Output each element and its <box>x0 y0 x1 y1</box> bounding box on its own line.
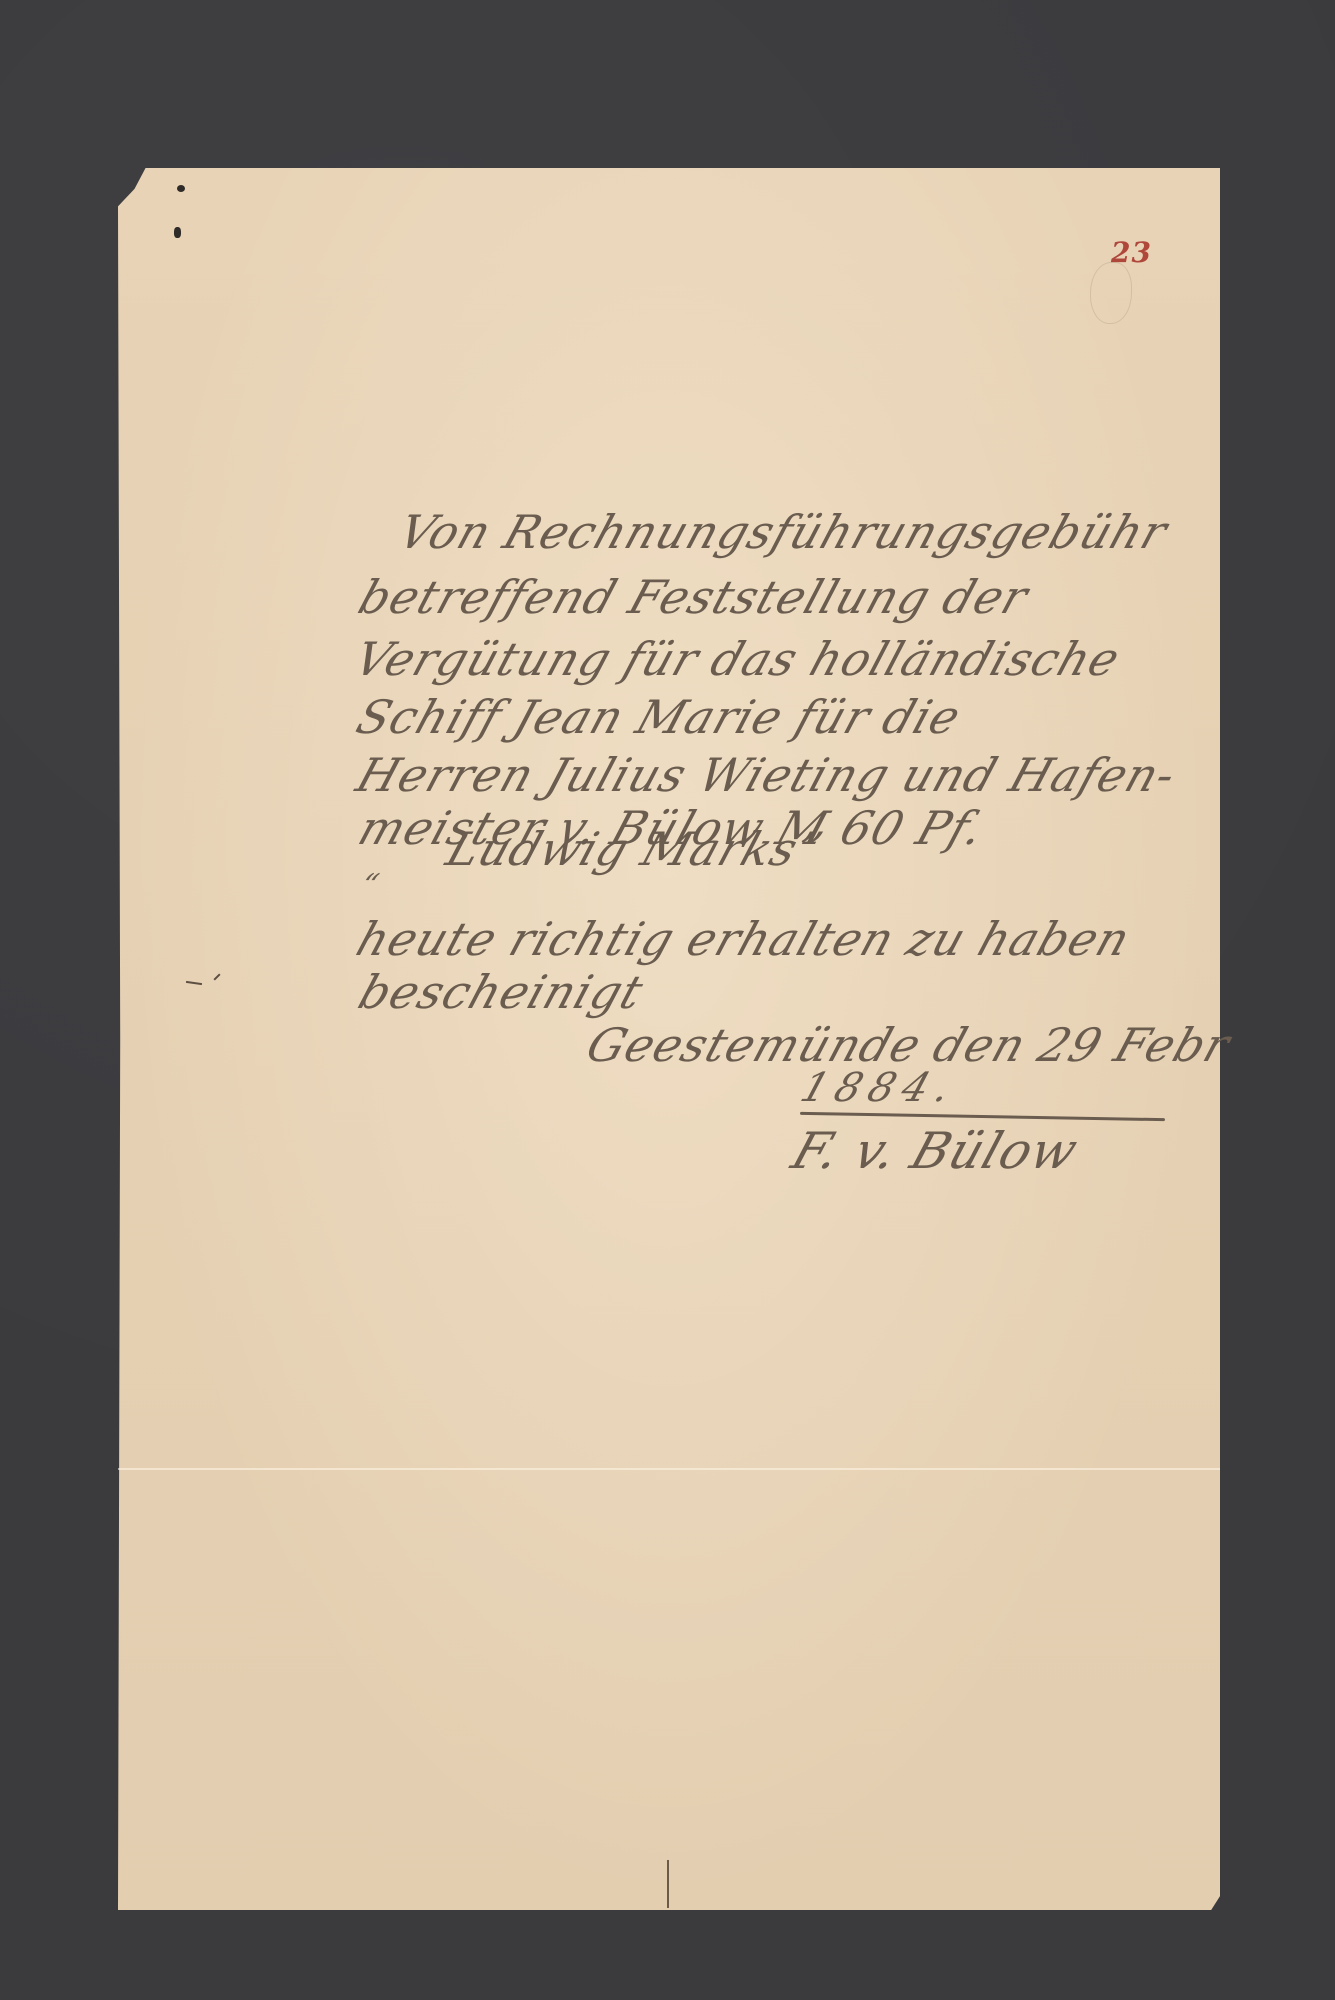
binding-hole <box>174 227 181 238</box>
binding-hole <box>177 185 185 192</box>
handwritten-line-4: Schiff Jean Marie für die <box>350 690 968 744</box>
handwritten-line-9: heute richtig erhalten zu haben <box>350 912 1137 966</box>
handwritten-line-1: Von Rechnungsführungsgebühr <box>392 505 1175 559</box>
handwritten-line-2: betreffend Feststellung der <box>352 570 1035 624</box>
handwritten-line-3: Vergütung für das holländische <box>348 632 1127 686</box>
handwritten-line-11: Geestemünde den 29 Febr <box>580 1018 1237 1072</box>
fold-crease <box>118 1468 1220 1470</box>
signature: F. v. Bülow <box>785 1122 1085 1180</box>
paper-tear <box>667 1860 669 1908</box>
pencil-folio-mark <box>1090 262 1132 324</box>
handwritten-line-12: 1884. <box>795 1065 964 1111</box>
handwritten-line-10: bescheinigt <box>352 965 650 1019</box>
handwritten-line-5: Herren Julius Wieting und Hafen- <box>350 748 1183 802</box>
handwritten-line-7: Ludwig Marks” <box>440 822 830 876</box>
